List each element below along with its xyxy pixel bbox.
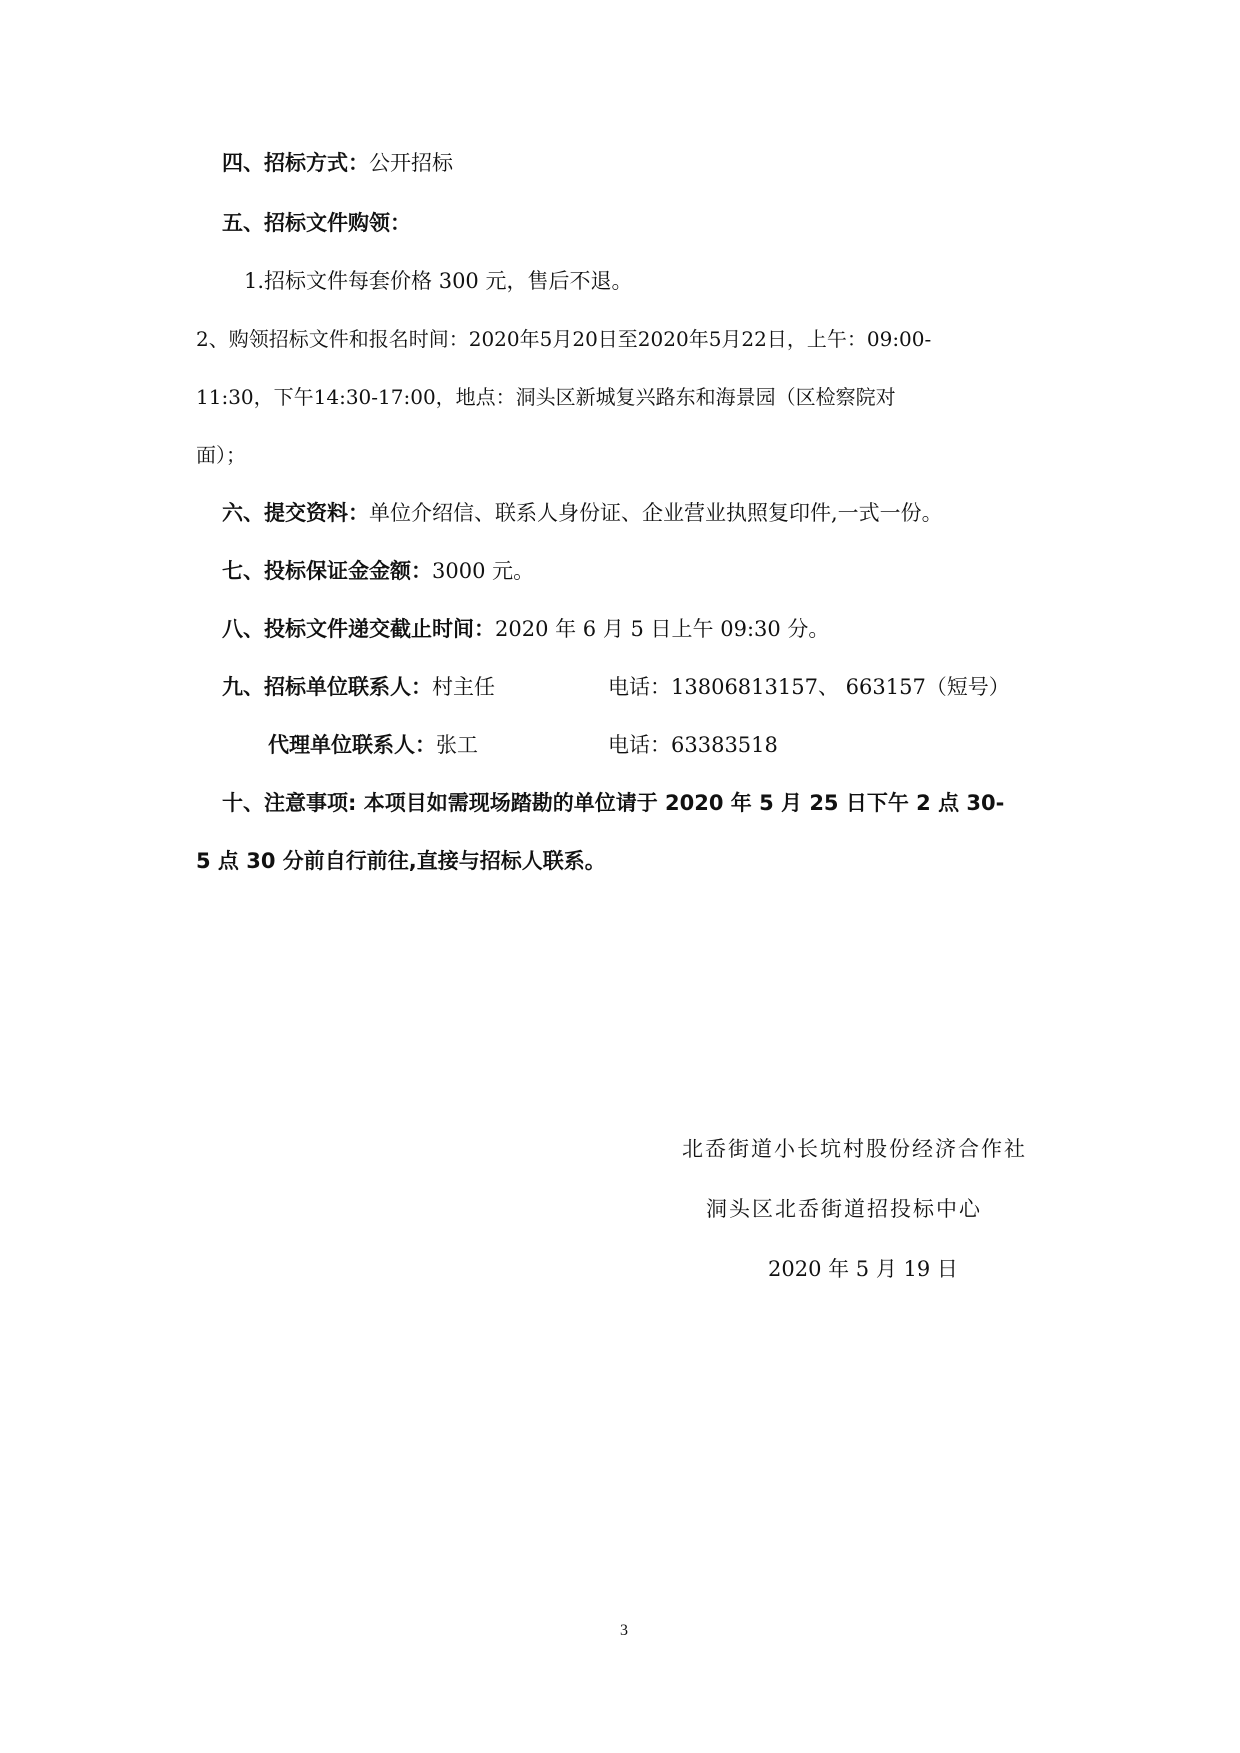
section-7: 七、投标保证金金额：3000 元。 <box>222 556 534 586</box>
section-9-agent: 代理单位联系人：张工 <box>268 730 478 760</box>
section-8: 八、投标文件递交截止时间：2020 年 6 月 5 日上午 09:30 分。 <box>222 614 829 644</box>
signature-org-1: 北岙街道小长坑村股份经济合作社 <box>682 1134 1027 1164</box>
section-4-label: 四、招标方式： <box>222 151 369 175</box>
section-10-line-2: 5 点 30 分前自行前往,直接与招标人联系。 <box>196 846 606 876</box>
section-9-tenderer: 九、招标单位联系人：村主任 <box>222 672 495 702</box>
section-9-label: 九、招标单位联系人： <box>222 675 432 699</box>
section-5-item-1: 1.招标文件每套价格 300 元，售后不退。 <box>244 266 632 296</box>
section-8-value: 2020 年 6 月 5 日上午 09:30 分。 <box>495 617 829 641</box>
section-5-item-2-line-2: 11:30，下午14:30-17:00，地点：洞头区新城复兴路东和海景园（区检察… <box>196 382 896 412</box>
signature-org-2: 洞头区北岙街道招投标中心 <box>706 1194 982 1224</box>
section-5-item-2-line-1: 2、购领招标文件和报名时间：2020年5月20日至2020年5月22日，上午：0… <box>196 324 931 354</box>
section-7-value: 3000 元。 <box>432 559 534 583</box>
section-7-label: 七、投标保证金金额： <box>222 559 432 583</box>
section-5-item-2-line-3: 面）； <box>196 440 246 470</box>
section-4: 四、招标方式：公开招标 <box>222 148 453 178</box>
agent-phone: 电话：63383518 <box>608 730 778 760</box>
section-8-label: 八、投标文件递交截止时间： <box>222 617 495 641</box>
section-6-value: 单位介绍信、联系人身份证、企业营业执照复印件,一式一份。 <box>369 501 943 525</box>
page-number: 3 <box>620 1622 628 1640</box>
signature-date: 2020 年 5 月 19 日 <box>768 1254 958 1284</box>
section-6: 六、提交资料：单位介绍信、联系人身份证、企业营业执照复印件,一式一份。 <box>222 498 943 528</box>
section-10-line-1: 十、注意事项: 本项目如需现场踏勘的单位请于 2020 年 5 月 25 日下午… <box>222 788 1004 818</box>
section-4-value: 公开招标 <box>369 151 453 175</box>
section-5-label: 五、招标文件购领： <box>222 208 411 238</box>
agent-label: 代理单位联系人： <box>268 733 436 757</box>
agent-contact: 张工 <box>436 733 478 757</box>
section-6-label: 六、提交资料： <box>222 501 369 525</box>
tenderer-contact: 村主任 <box>432 675 495 699</box>
tenderer-phone: 电话：13806813157、 663157（短号） <box>608 672 1010 702</box>
